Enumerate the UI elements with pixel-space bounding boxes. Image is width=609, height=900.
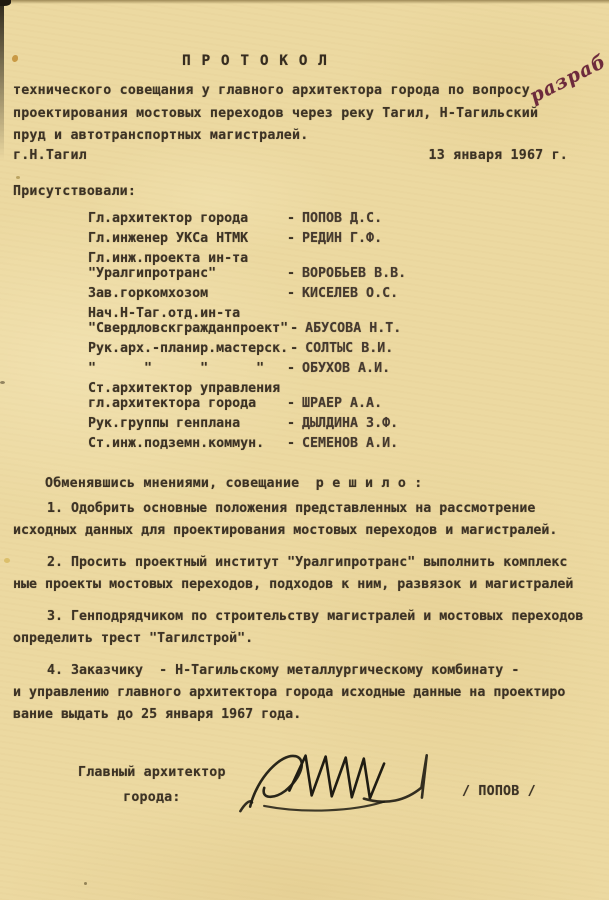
document-date: 13 января 1967 г. [429, 145, 569, 167]
attendee-dash: - [290, 321, 298, 336]
attendee-role: Гл.инж.проекта ин-та "Уралгипротранс" [88, 251, 285, 281]
paper-speck [16, 176, 20, 179]
attendee-dash: - [287, 396, 295, 411]
attendee-row: Рук.группы генплана - ДЫЛДИНА З.Ф. [88, 416, 568, 431]
attendee-dash: - [287, 286, 295, 301]
attendees-heading: Присутствовали: [13, 181, 136, 203]
signature-scrawl [233, 742, 443, 822]
attendee-name: ДЫЛДИНА З.Ф. [302, 416, 398, 431]
attendees-list: Гл.архитектор города - ПОПОВ Д.С. Гл.инж… [88, 211, 568, 456]
attendee-row: " " " " - ОБУХОВ А.И. [88, 361, 568, 376]
resolution-paragraph: 3. Генподрядчиком по строительству магис… [13, 606, 601, 650]
attendee-dash: - [290, 341, 298, 356]
attendee-name: ВОРОБЬЕВ В.В. [302, 266, 406, 281]
attendee-name: ШРАЕР А.А. [302, 396, 382, 411]
scan-edge-top [0, 0, 609, 4]
attendee-row: Ст.архитектор управления гл.архитектора … [88, 381, 568, 411]
attendee-dash: - [287, 266, 295, 281]
attendee-row: Нач.Н-Таг.отд.ин-та "Свердловскгражданпр… [88, 306, 568, 336]
resolution-paragraph: 2. Просить проектный институт "Уралгипро… [13, 552, 601, 596]
paper-speck [12, 55, 18, 62]
attendee-role: Зав.горкомхозом [88, 286, 285, 301]
attendee-row: Зав.горкомхозом - КИСЕЛЕВ О.С. [88, 286, 568, 301]
attendee-dash: - [287, 436, 295, 451]
attendee-dash: - [287, 231, 295, 246]
document-place: г.Н.Тагил [13, 145, 87, 167]
resolution-paragraph: 4. Заказчику - Н-Тагильскому металлургич… [13, 660, 601, 726]
paper-speck [4, 558, 10, 563]
attendee-role: Гл.архитектор города [88, 211, 285, 226]
resolution-paragraph: 1. Одобрить основные положения представл… [13, 498, 601, 542]
paper-speck [84, 882, 87, 885]
attendee-row: Гл.инж.проекта ин-та "Уралгипротранс" - … [88, 251, 568, 281]
attendee-name: СЕМЕНОВ А.И. [302, 436, 398, 451]
resolution-intro: Обменявшись мнениями, совещание р е ш и … [13, 473, 598, 495]
attendee-role: Ст.архитектор управления гл.архитектора … [88, 381, 285, 411]
scan-edge-left [0, 0, 4, 160]
attendee-dash: - [287, 416, 295, 431]
attendee-row: Ст.инж.подземн.коммун. - СЕМЕНОВ А.И. [88, 436, 568, 451]
attendee-dash: - [287, 211, 295, 226]
attendee-role: Ст.инж.подземн.коммун. [88, 436, 285, 451]
attendee-row: Гл.инженер УКСа НТМК - РЕДИН Г.Ф. [88, 231, 568, 246]
attendee-dash: - [287, 361, 295, 376]
attendee-name: ПОПОВ Д.С. [302, 211, 382, 226]
attendee-name: СОЛТЫС В.И. [305, 341, 393, 356]
document-subject: технического совещания у главного архите… [13, 80, 598, 148]
signature-name: / ПОПОВ / [462, 781, 536, 803]
attendee-role: Рук.арх.-планир.мастерск. [88, 341, 288, 356]
paper-speck [0, 381, 5, 384]
resolutions: 1. Одобрить основные положения представл… [13, 498, 601, 736]
document-page: П Р О Т О К О Л разраб технического сове… [0, 0, 609, 900]
attendee-role: Гл.инженер УКСа НТМК [88, 231, 285, 246]
attendee-role: Рук.группы генплана [88, 416, 285, 431]
place-date-line: г.Н.Тагил 13 января 1967 г. [13, 145, 568, 167]
attendee-role: " " " " [88, 361, 285, 376]
attendee-name: КИСЕЛЕВ О.С. [302, 286, 398, 301]
attendee-row: Гл.архитектор города - ПОПОВ Д.С. [88, 211, 568, 226]
attendee-row: Рук.арх.-планир.мастерск. - СОЛТЫС В.И. [88, 341, 568, 356]
signature-role: Главный архитектор города: [78, 760, 226, 810]
attendee-name: РЕДИН Г.Ф. [302, 231, 382, 246]
scan-corner-artifact [0, 0, 11, 6]
document-title: П Р О Т О К О Л [182, 50, 328, 72]
attendee-name: ОБУХОВ А.И. [302, 361, 390, 376]
attendee-name: АБУСОВА Н.Т. [305, 321, 401, 336]
attendee-role: Нач.Н-Таг.отд.ин-та "Свердловскгражданпр… [88, 306, 288, 336]
